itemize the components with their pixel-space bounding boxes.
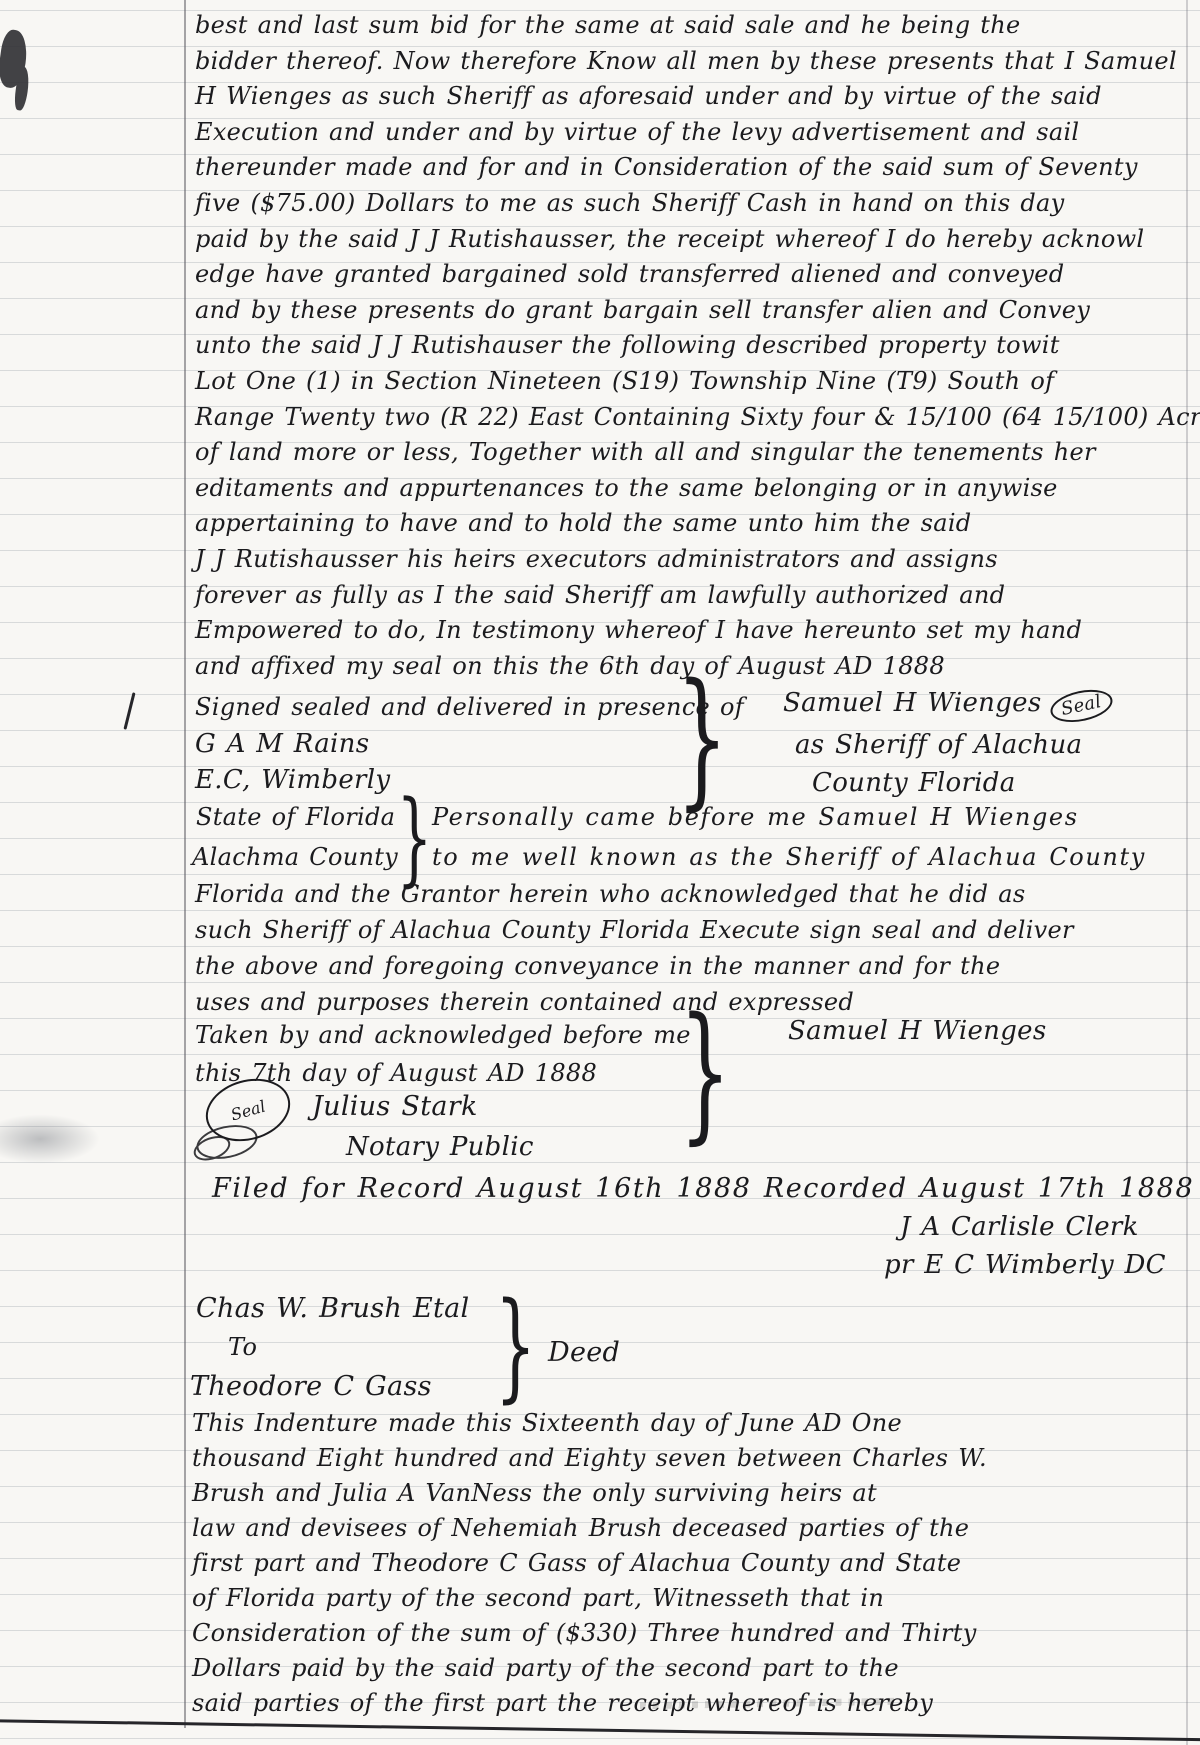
manuscript-line: first part and Theodore C Gass of Alachu…: [192, 1546, 987, 1581]
brace-icon: }: [676, 664, 728, 812]
manuscript-line: thousand Eight hundred and Eighty seven …: [192, 1441, 987, 1476]
margin-smudge: [0, 1114, 100, 1164]
notary-signature: Julius Stark: [312, 1090, 478, 1124]
signature-title-line: County Florida: [812, 766, 1016, 800]
manuscript-line: paid by the said J J Rutishausser, the r…: [195, 222, 1200, 258]
grantor-signature-name: Samuel H Wienges: [783, 688, 1042, 718]
manuscript-line: H Wienges as such Sheriff as aforesaid u…: [195, 79, 1200, 115]
caption-grantee: Theodore C Gass: [190, 1370, 432, 1404]
manuscript-line: of land more or less, Together with all …: [195, 435, 1200, 471]
manuscript-line: editaments and appurtenances to the same…: [195, 471, 1200, 507]
manuscript-line: Empowered to do, In testimony whereof I …: [195, 613, 1200, 649]
manuscript-line: said parties of the first part the recei…: [192, 1686, 987, 1721]
instrument-label: Deed: [548, 1336, 620, 1370]
caption-grantor: Chas W. Brush Etal: [196, 1292, 469, 1326]
manuscript-line: edge have granted bargained sold transfe…: [195, 257, 1200, 293]
acknowledgment-line: Personally came before me Samuel H Wieng…: [432, 800, 1079, 834]
clerk-signature: J A Carlisle Clerk: [900, 1210, 1139, 1244]
manuscript-line: Consideration of the sum of ($330) Three…: [192, 1616, 987, 1651]
sheriff-signature: Samuel H Wienges: [788, 1014, 1047, 1048]
margin-pen-mark: [123, 692, 135, 730]
manuscript-line: of Florida party of the second part, Wit…: [192, 1581, 987, 1616]
filing-line: Filed for Record August 16th 1888 Record…: [212, 1172, 1194, 1206]
left-margin-rule: [184, 0, 186, 1728]
acknowledgment-line: to me well known as the Sheriff of Alach…: [432, 840, 1146, 874]
deputy-clerk-signature: pr E C Wimberly DC: [884, 1248, 1166, 1282]
manuscript-line: Dollars paid by the said party of the se…: [192, 1651, 987, 1686]
taken-by-line: Taken by and acknowledged before me: [195, 1018, 691, 1052]
manuscript-line: and by these presents do grant bargain s…: [195, 293, 1200, 329]
deed1-body-text: best and last sum bid for the same at sa…: [195, 8, 1200, 684]
caption-to: To: [228, 1330, 257, 1364]
manuscript-line: law and devisees of Nehemiah Brush decea…: [192, 1511, 987, 1546]
ink-smudge-top-left: [0, 28, 30, 89]
brace-icon: }: [679, 998, 731, 1146]
notary-title: Notary Public: [346, 1130, 534, 1164]
manuscript-line: This Indenture made this Sixteenth day o…: [192, 1406, 987, 1441]
manuscript-line: forever as fully as I the said Sheriff a…: [195, 578, 1200, 614]
brace-icon: }: [495, 1286, 536, 1404]
grantor-signature: Samuel H WiengesSeal: [783, 686, 1112, 721]
manuscript-line: the above and foregoing conveyance in th…: [195, 948, 1074, 984]
venue-state: State of Florida: [196, 800, 395, 834]
deed2-body-text: This Indenture made this Sixteenth day o…: [192, 1406, 987, 1721]
manuscript-line: best and last sum bid for the same at sa…: [195, 8, 1200, 44]
manuscript-line: bidder thereof. Now therefore Know all m…: [195, 44, 1200, 80]
manuscript-line: J J Rutishausser his heirs executors adm…: [195, 542, 1200, 578]
manuscript-line: Lot One (1) in Section Nineteen (S19) To…: [195, 364, 1200, 400]
witness-signature: E.C, Wimberly: [195, 763, 390, 797]
manuscript-line: unto the said J J Rutishauser the follow…: [195, 328, 1200, 364]
manuscript-line: such Sheriff of Alachua County Florida E…: [195, 912, 1074, 948]
brace-icon: }: [397, 788, 433, 890]
witness-signature: G A M Rains: [195, 727, 369, 761]
manuscript-line: thereunder made and for and in Considera…: [195, 150, 1200, 186]
seal-stamp: Seal: [1047, 685, 1115, 727]
venue-county: Alachma County: [192, 840, 398, 874]
manuscript-line: five ($75.00) Dollars to me as such Sher…: [195, 186, 1200, 222]
page-bottom-edge: [0, 1719, 1200, 1742]
manuscript-line: Brush and Julia A VanNess the only survi…: [192, 1476, 987, 1511]
manuscript-line: appertaining to have and to hold the sam…: [195, 506, 1200, 542]
manuscript-line: Execution and under and by virtue of the…: [195, 115, 1200, 151]
ledger-page: best and last sum bid for the same at sa…: [0, 0, 1200, 1745]
manuscript-line: Florida and the Grantor herein who ackno…: [195, 876, 1074, 912]
manuscript-line: Range Twenty two (R 22) East Containing …: [195, 400, 1200, 436]
acknowledgment-text: Florida and the Grantor herein who ackno…: [195, 876, 1074, 1020]
attestation-line: Signed sealed and delivered in presence …: [195, 690, 744, 724]
signature-title-line: as Sheriff of Alachua: [795, 728, 1082, 762]
